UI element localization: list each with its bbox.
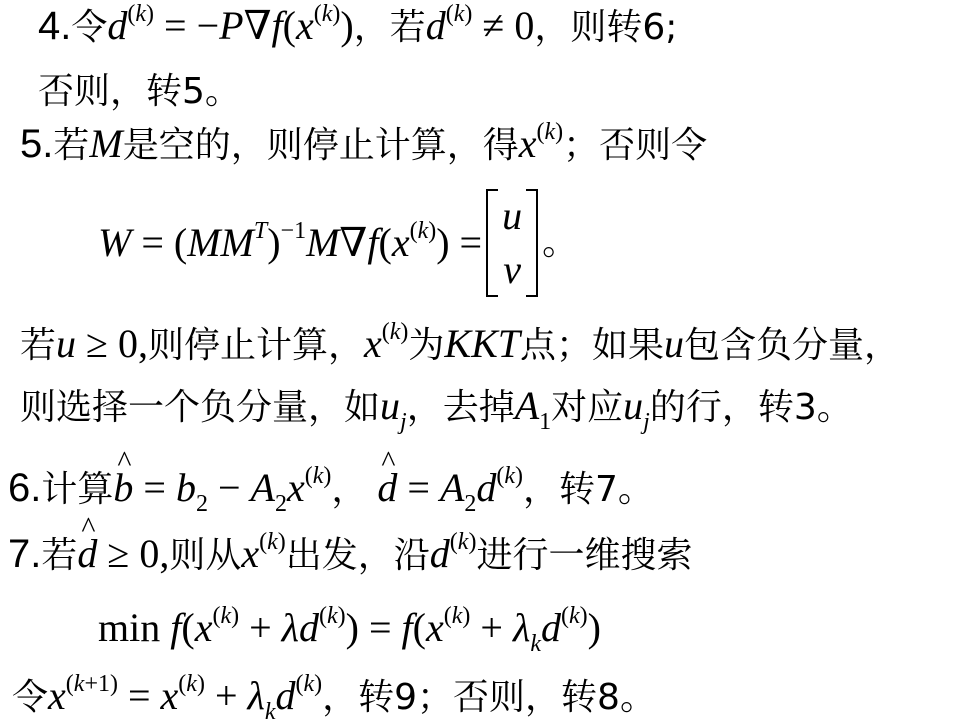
step-number: 7. <box>8 532 41 576</box>
step4-line2: 否则，转5。 <box>38 68 241 116</box>
cjk-text: ，则转6; <box>534 7 677 48</box>
step5-formula: W = (MMT)−1M∇f(x(k)) = u v 。 <box>98 186 578 300</box>
step6-line: 6.计算b = b2 − A2x(k)， d = A2d(k)，转7。 <box>8 464 654 514</box>
cjk-text: 是空的，则停止计算，得 <box>123 125 519 166</box>
cjk-text: ，转7。 <box>523 469 654 510</box>
cjk-text: 令 <box>12 677 48 718</box>
cjk-text: 计算 <box>41 469 113 510</box>
formula-lhs: W = (MMT)−1M∇f(x(k)) = <box>98 219 482 267</box>
cjk-text: 若 <box>20 325 56 366</box>
cjk-text: 。 <box>542 219 578 267</box>
step5-line1: 5.若M是空的，则停止计算，得x(k)；否则令 <box>20 120 707 170</box>
cjk-text: 若 <box>53 125 89 166</box>
cjk-text: 若 <box>390 7 426 48</box>
min-operator: min <box>98 605 160 650</box>
step7-update: 令x(k+1) = x(k) + λkd(k)，转9；否则，转8。 <box>12 672 656 722</box>
cjk-text: 则停止计算， <box>148 325 364 366</box>
cjk-text: 点；如果 <box>520 325 664 366</box>
cjk-text: ， <box>331 469 367 510</box>
step5-action: 则选择一个负分量，如uj，去掉A1对应uj的行，转3。 <box>20 382 853 432</box>
cjk-text: ， <box>354 7 390 48</box>
cjk-text: 则从 <box>169 535 241 576</box>
cjk-text: ，去掉 <box>407 387 515 428</box>
matrix-v: v <box>503 247 521 292</box>
step-number: 4. <box>38 4 71 48</box>
cjk-text: 对应 <box>551 387 623 428</box>
cjk-text: 的行，转3。 <box>650 387 853 428</box>
kkt-label: KKT <box>444 321 520 366</box>
uv-vector: u v <box>486 189 538 297</box>
step7-line1: 7.若d ≥ 0,则从x(k)出发，沿d(k)进行一维搜索 <box>8 530 692 580</box>
cjk-text: 若 <box>41 535 77 576</box>
step7-formula: min f(x(k) + λd(k)) = f(x(k) + λkd(k)) <box>98 604 601 652</box>
cjk-text: 出发，沿 <box>286 535 430 576</box>
step-number: 6. <box>8 466 41 510</box>
cjk-text: 为 <box>408 325 444 366</box>
step-number: 5. <box>20 122 53 166</box>
cjk-text: 进行一维搜索 <box>476 535 692 576</box>
cjk-text: ；否则令 <box>563 125 707 166</box>
cjk-text: 则选择一个负分量，如 <box>20 387 380 428</box>
cjk-text: 包含负分量， <box>684 325 900 366</box>
step4-line1: 4.令d(k) = −P∇f(x(k))，若d(k) ≠ 0，则转6; <box>38 2 677 52</box>
matrix-u: u <box>502 193 522 238</box>
step5-condition: 若u ≥ 0,则停止计算，x(k)为KKT点；如果u包含负分量， <box>20 320 900 370</box>
cjk-text: 令 <box>71 7 107 48</box>
cjk-text: ，转9；否则，转8。 <box>322 677 656 718</box>
